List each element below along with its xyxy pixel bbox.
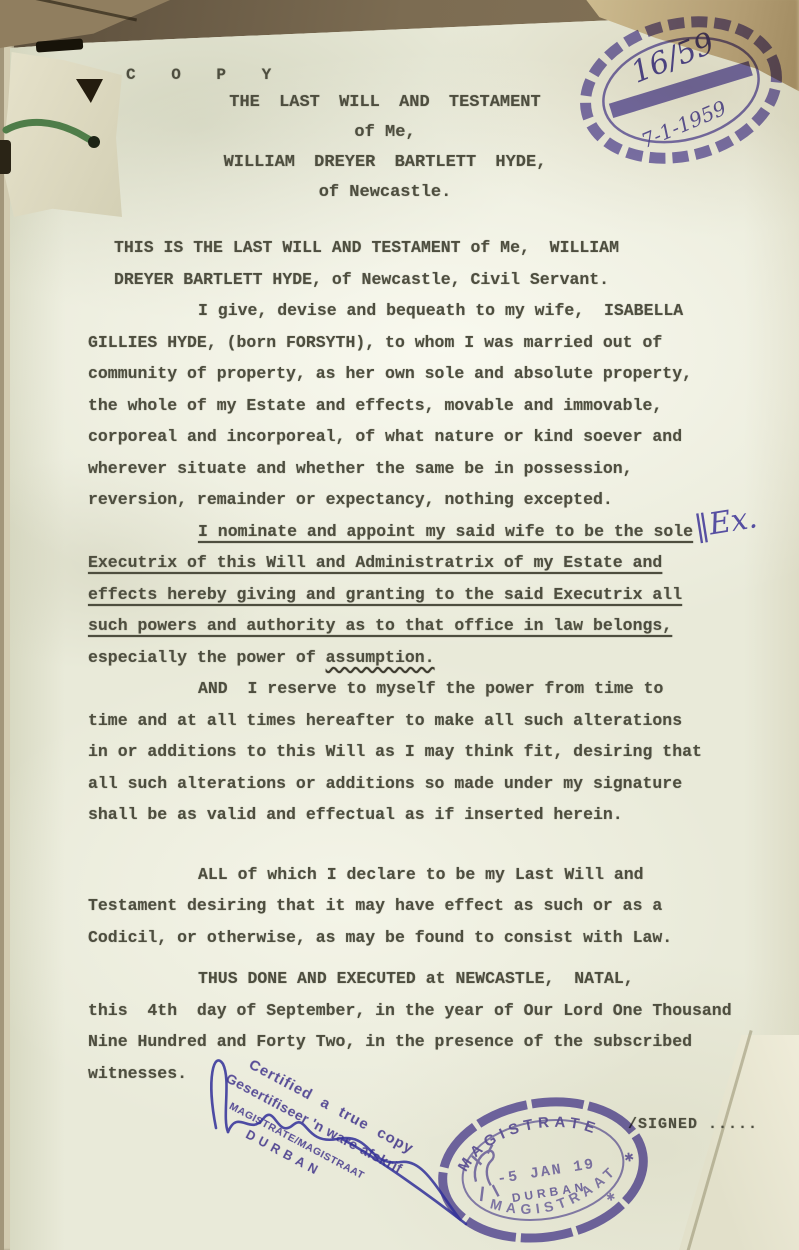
- text-line: GILLIES HYDE, (born FORSYTH), to whom I …: [88, 327, 748, 359]
- text-line: shall be as valid and effectual as if in…: [88, 799, 748, 831]
- text-line: Executrix of this Will and Administratri…: [88, 547, 748, 579]
- copy-label: C O P Y: [126, 66, 284, 84]
- torn-binding-corner: [2, 52, 122, 217]
- text-line: Testament desiring that it may have effe…: [88, 890, 748, 922]
- underlined-word: assumption.: [326, 648, 435, 667]
- binding-edge-nick: [0, 140, 11, 174]
- filing-stamp: 16/59 7-1-1959: [572, 6, 790, 174]
- text-line: I give, devise and bequeath to my wife, …: [88, 295, 748, 327]
- text-line: AND I reserve to myself the power from t…: [88, 673, 748, 705]
- text-line: effects hereby giving and granting to th…: [88, 579, 748, 611]
- text-line: all such alterations or additions so mad…: [88, 768, 748, 800]
- text-line: this 4th day of September, in the year o…: [88, 995, 748, 1027]
- seal-star-right: ✱: [623, 1151, 635, 1166]
- scanned-will-document: { "page": { "copy_label": "C O P Y", "he…: [0, 0, 799, 1250]
- text-line: witnesses.: [88, 1058, 748, 1090]
- text-line: I nominate and appoint my said wife to b…: [88, 516, 748, 548]
- heading-place: of Newcastle.: [115, 178, 655, 208]
- text-line: such powers and authority as to that off…: [88, 610, 748, 642]
- seal-star-bottom: ✱: [605, 1191, 616, 1205]
- text-line: Codicil, or otherwise, as may be found t…: [88, 922, 748, 954]
- text-line: community of property, as her own sole a…: [88, 358, 748, 390]
- text-span: especially the power of: [88, 648, 326, 667]
- will-text-body: THIS IS THE LAST WILL AND TESTAMENT of M…: [88, 232, 748, 1089]
- text-line: corporeal and incorporeal, of what natur…: [88, 421, 748, 453]
- text-line: time and at all times hereafter to make …: [88, 705, 748, 737]
- text-line: Nine Hundred and Forty Two, in the prese…: [88, 1026, 748, 1058]
- text-line: wherever situate and whether the same be…: [88, 453, 748, 485]
- text-line: in or additions to this Will as I may th…: [88, 736, 748, 768]
- magistrate-seal-stamp: MAGISTRATE -5 JAN 19 DURBAN MAGISTRAAT ✱…: [433, 1093, 653, 1248]
- text-line: THUS DONE AND EXECUTED at NEWCASTLE, NAT…: [88, 963, 748, 995]
- text-line: the whole of my Estate and effects, mova…: [88, 390, 748, 422]
- text-line: DREYER BARTLETT HYDE, of Newcastle, Civi…: [114, 264, 748, 296]
- text-line: reversion, remainder or expectancy, noth…: [88, 484, 748, 516]
- text-line: ALL of which I declare to be my Last Wil…: [88, 859, 748, 891]
- text-line: THIS IS THE LAST WILL AND TESTAMENT of M…: [114, 232, 748, 264]
- text-line: especially the power of assumption.: [88, 642, 748, 674]
